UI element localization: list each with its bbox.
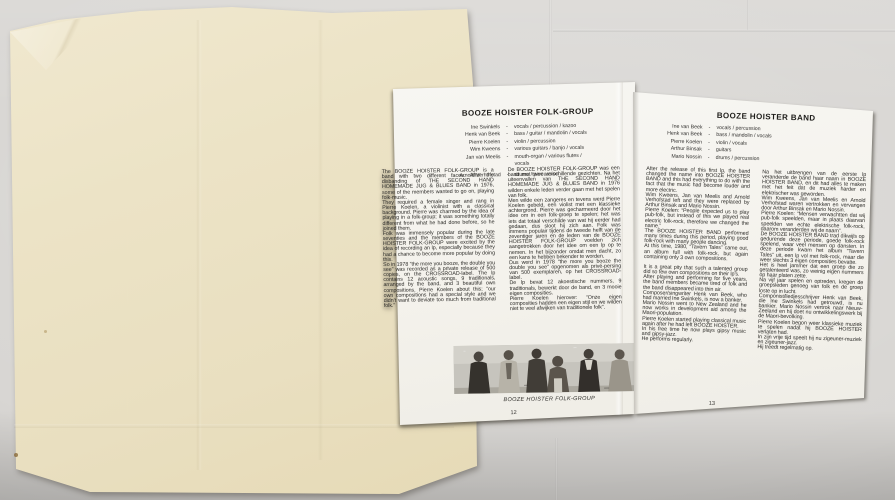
booklet-page-13: BOOZE HOISTER BAND Ine van Beek-vocals /… xyxy=(633,90,874,416)
body-text-columns: The BOOZE HOISTER FOLK-GROUP is a band w… xyxy=(393,166,633,314)
photo-scene: BOOZE HOISTER FOLK-GROUP Ine Swinkels-vo… xyxy=(0,0,895,500)
column-english: After the release of this first lp, the … xyxy=(641,167,750,350)
sleeve-stain-spot xyxy=(14,453,18,457)
band-photo-image xyxy=(453,343,644,394)
column-english: The BOOZE HOISTER FOLK-GROUP is a band w… xyxy=(382,168,496,314)
sleeve-stain-spot xyxy=(44,330,47,333)
page-title: BOOZE HOISTER BAND xyxy=(717,111,816,123)
background-crease xyxy=(553,29,895,32)
photo-caption: BOOZE HOISTER FOLK-GROUP xyxy=(454,395,644,404)
band-credits-list: Ine van Beek-vocals / percussion Henk va… xyxy=(636,123,871,167)
page-title: BOOZE HOISTER FOLK-GROUP xyxy=(462,107,594,118)
background-crease xyxy=(747,0,749,30)
page-number: 13 xyxy=(709,401,715,407)
credit-separator: - xyxy=(702,154,716,162)
column-dutch: De BOOZE HOISTER FOLK-GROUP was een band… xyxy=(508,166,622,312)
background-crease xyxy=(555,438,558,500)
body-text-columns: After the release of this first lp, the … xyxy=(641,167,866,354)
band-photo xyxy=(453,343,644,394)
column-dutch: Na het uitbrengen van de eerste lp veran… xyxy=(757,170,866,353)
credit-name: Mario Nossin xyxy=(636,152,702,161)
background-crease xyxy=(549,0,552,92)
booklet-page-12: BOOZE HOISTER FOLK-GROUP Ine Swinkels-vo… xyxy=(390,80,637,427)
page-number: 12 xyxy=(510,410,516,416)
